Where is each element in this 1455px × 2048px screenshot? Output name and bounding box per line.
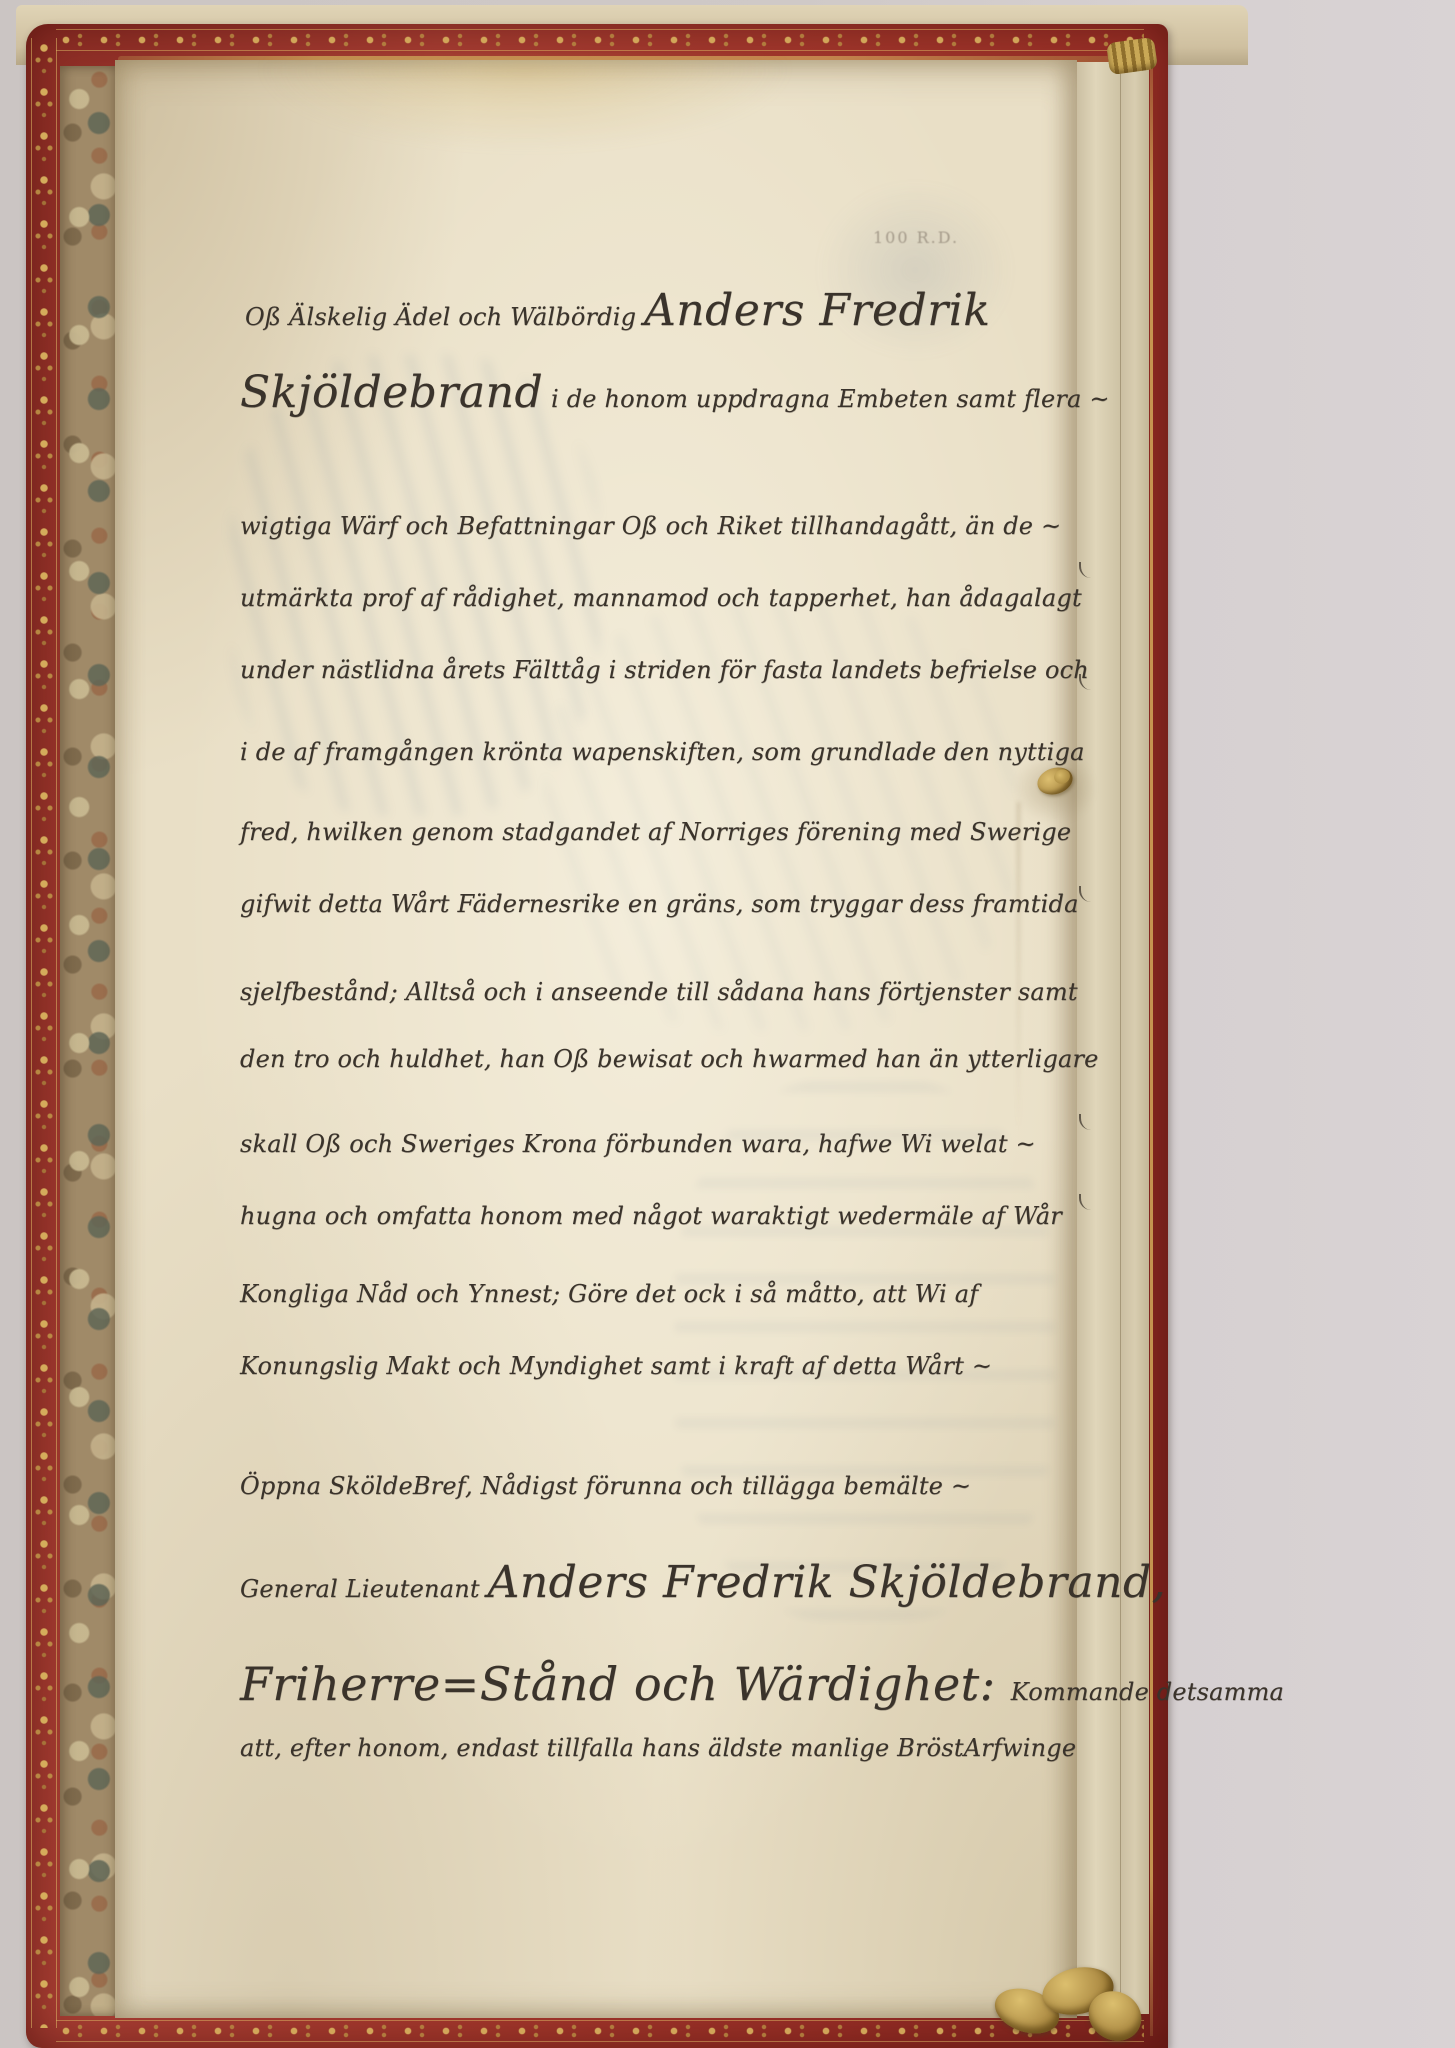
photo-of-bound-manuscript: 100 R.D. Oß Älskelig Ädel och Wälbördig … <box>0 0 1455 2048</box>
line-text: gifwit detta Wårt Fädernesrike en gräns,… <box>240 890 1079 918</box>
line-text: Kongliga Nåd och Ynnest; Göre det ock i … <box>240 1280 978 1308</box>
facing-page-ink-fragment <box>1079 1194 1091 1210</box>
manuscript-line-3: wigtiga Wärf och Befattningar Oß och Rik… <box>240 512 1061 540</box>
line-text: Oß Älskelig Ädel och Wälbördig <box>245 303 644 331</box>
manuscript-line-16: General Lieutenant Anders Fredrik Skjöld… <box>240 1557 1166 1608</box>
manuscript-line-5: under nästlidna årets Fälttåg i striden … <box>240 656 1089 684</box>
manuscript-line-2: Skjöldebrand i de honom uppdragna Embete… <box>240 367 1110 418</box>
manuscript-line-11: skall Oß och Sweriges Krona förbunden wa… <box>240 1130 1036 1158</box>
manuscript-line-1: Oß Älskelig Ädel och Wälbördig Anders Fr… <box>245 285 990 336</box>
line-text: sjelfbestånd; Alltså och i anseende till… <box>240 978 1078 1006</box>
facing-page-edge <box>1074 62 1121 2016</box>
line-text: i de af framgången krönta wapenskiften, … <box>240 738 1085 766</box>
gold-tassel-cords <box>990 1962 1150 2048</box>
line-text-large-title: Friherre=Stånd och Wärdighet: <box>240 1657 1011 1711</box>
gold-tooling-bottom-border <box>56 2020 1144 2042</box>
gold-tooling-top-border <box>56 29 1144 51</box>
line-text: skall Oß och Sweriges Krona förbunden wa… <box>240 1130 1036 1158</box>
line-text: hugna och omfatta honom med något warakt… <box>240 1202 1062 1230</box>
line-text-large-name: Skjöldebrand <box>240 367 543 418</box>
manuscript-line-4: utmärkta prof af rådighet, mannamod och … <box>240 584 1082 612</box>
line-text: Konungslig Makt och Myndighet samt i kra… <box>240 1352 992 1380</box>
line-text: fred, hwilken genom stadgandet af Norrig… <box>240 818 1071 846</box>
vertical-page-crease <box>1017 802 1020 1132</box>
line-text: att, efter honom, endast tillfalla hans … <box>240 1734 1076 1762</box>
line-text: Öppna SköldeBref, Nådigst förunna och ti… <box>240 1472 971 1500</box>
facing-page-ink-fragment <box>1079 886 1091 902</box>
facing-page-ink-fragment <box>1079 1114 1091 1130</box>
page-stack-edge <box>1120 66 1149 2014</box>
manuscript-line-13: Kongliga Nåd och Ynnest; Göre det ock i … <box>240 1280 978 1308</box>
manuscript-text-block: Oß Älskelig Ädel och Wälbördig Anders Fr… <box>115 60 1077 2018</box>
line-text: wigtiga Wärf och Befattningar Oß och Rik… <box>240 512 1061 540</box>
line-text: den tro och huldhet, han Oß bewisat och … <box>240 1045 1099 1073</box>
manuscript-line-12: hugna och omfatta honom med något warakt… <box>240 1202 1062 1230</box>
gold-tooling-left-border <box>31 38 57 2028</box>
gold-edge-line-right <box>1150 42 1153 2036</box>
gold-headband-cord <box>1106 37 1158 75</box>
manuscript-line-14: Konungslig Makt och Myndighet samt i kra… <box>240 1352 992 1380</box>
red-leather-book-cover: 100 R.D. Oß Älskelig Ädel och Wälbördig … <box>26 24 1168 2048</box>
manuscript-line-15: Öppna SköldeBref, Nådigst förunna och ti… <box>240 1472 971 1500</box>
manuscript-line-10: den tro och huldhet, han Oß bewisat och … <box>240 1045 1099 1073</box>
manuscript-line-8: gifwit detta Wårt Fädernesrike en gräns,… <box>240 890 1079 918</box>
line-text: under nästlidna årets Fälttåg i striden … <box>240 656 1089 684</box>
marbled-endpaper-strip <box>60 66 120 2016</box>
manuscript-line-6: i de af framgången krönta wapenskiften, … <box>240 738 1085 766</box>
manuscript-line-17: Friherre=Stånd och Wärdighet: Kommande d… <box>240 1657 1284 1711</box>
line-text-large-name: Anders Fredrik <box>644 285 990 336</box>
manuscript-line-7: fred, hwilken genom stadgandet af Norrig… <box>240 818 1071 846</box>
manuscript-line-18: att, efter honom, endast tillfalla hans … <box>240 1734 1076 1762</box>
facing-page-ink-fragment <box>1079 562 1091 578</box>
line-text: i de honom uppdragna Embeten samt flera … <box>543 385 1110 413</box>
manuscript-page: 100 R.D. Oß Älskelig Ädel och Wälbördig … <box>115 60 1077 2018</box>
line-text: utmärkta prof af rådighet, mannamod och … <box>240 584 1082 612</box>
line-text: Kommande detsamma <box>1011 1678 1284 1706</box>
manuscript-line-9: sjelfbestånd; Alltså och i anseende till… <box>240 978 1078 1006</box>
line-text-large-name: Anders Fredrik Skjöldebrand, <box>488 1557 1167 1608</box>
line-text: General Lieutenant <box>240 1575 488 1603</box>
